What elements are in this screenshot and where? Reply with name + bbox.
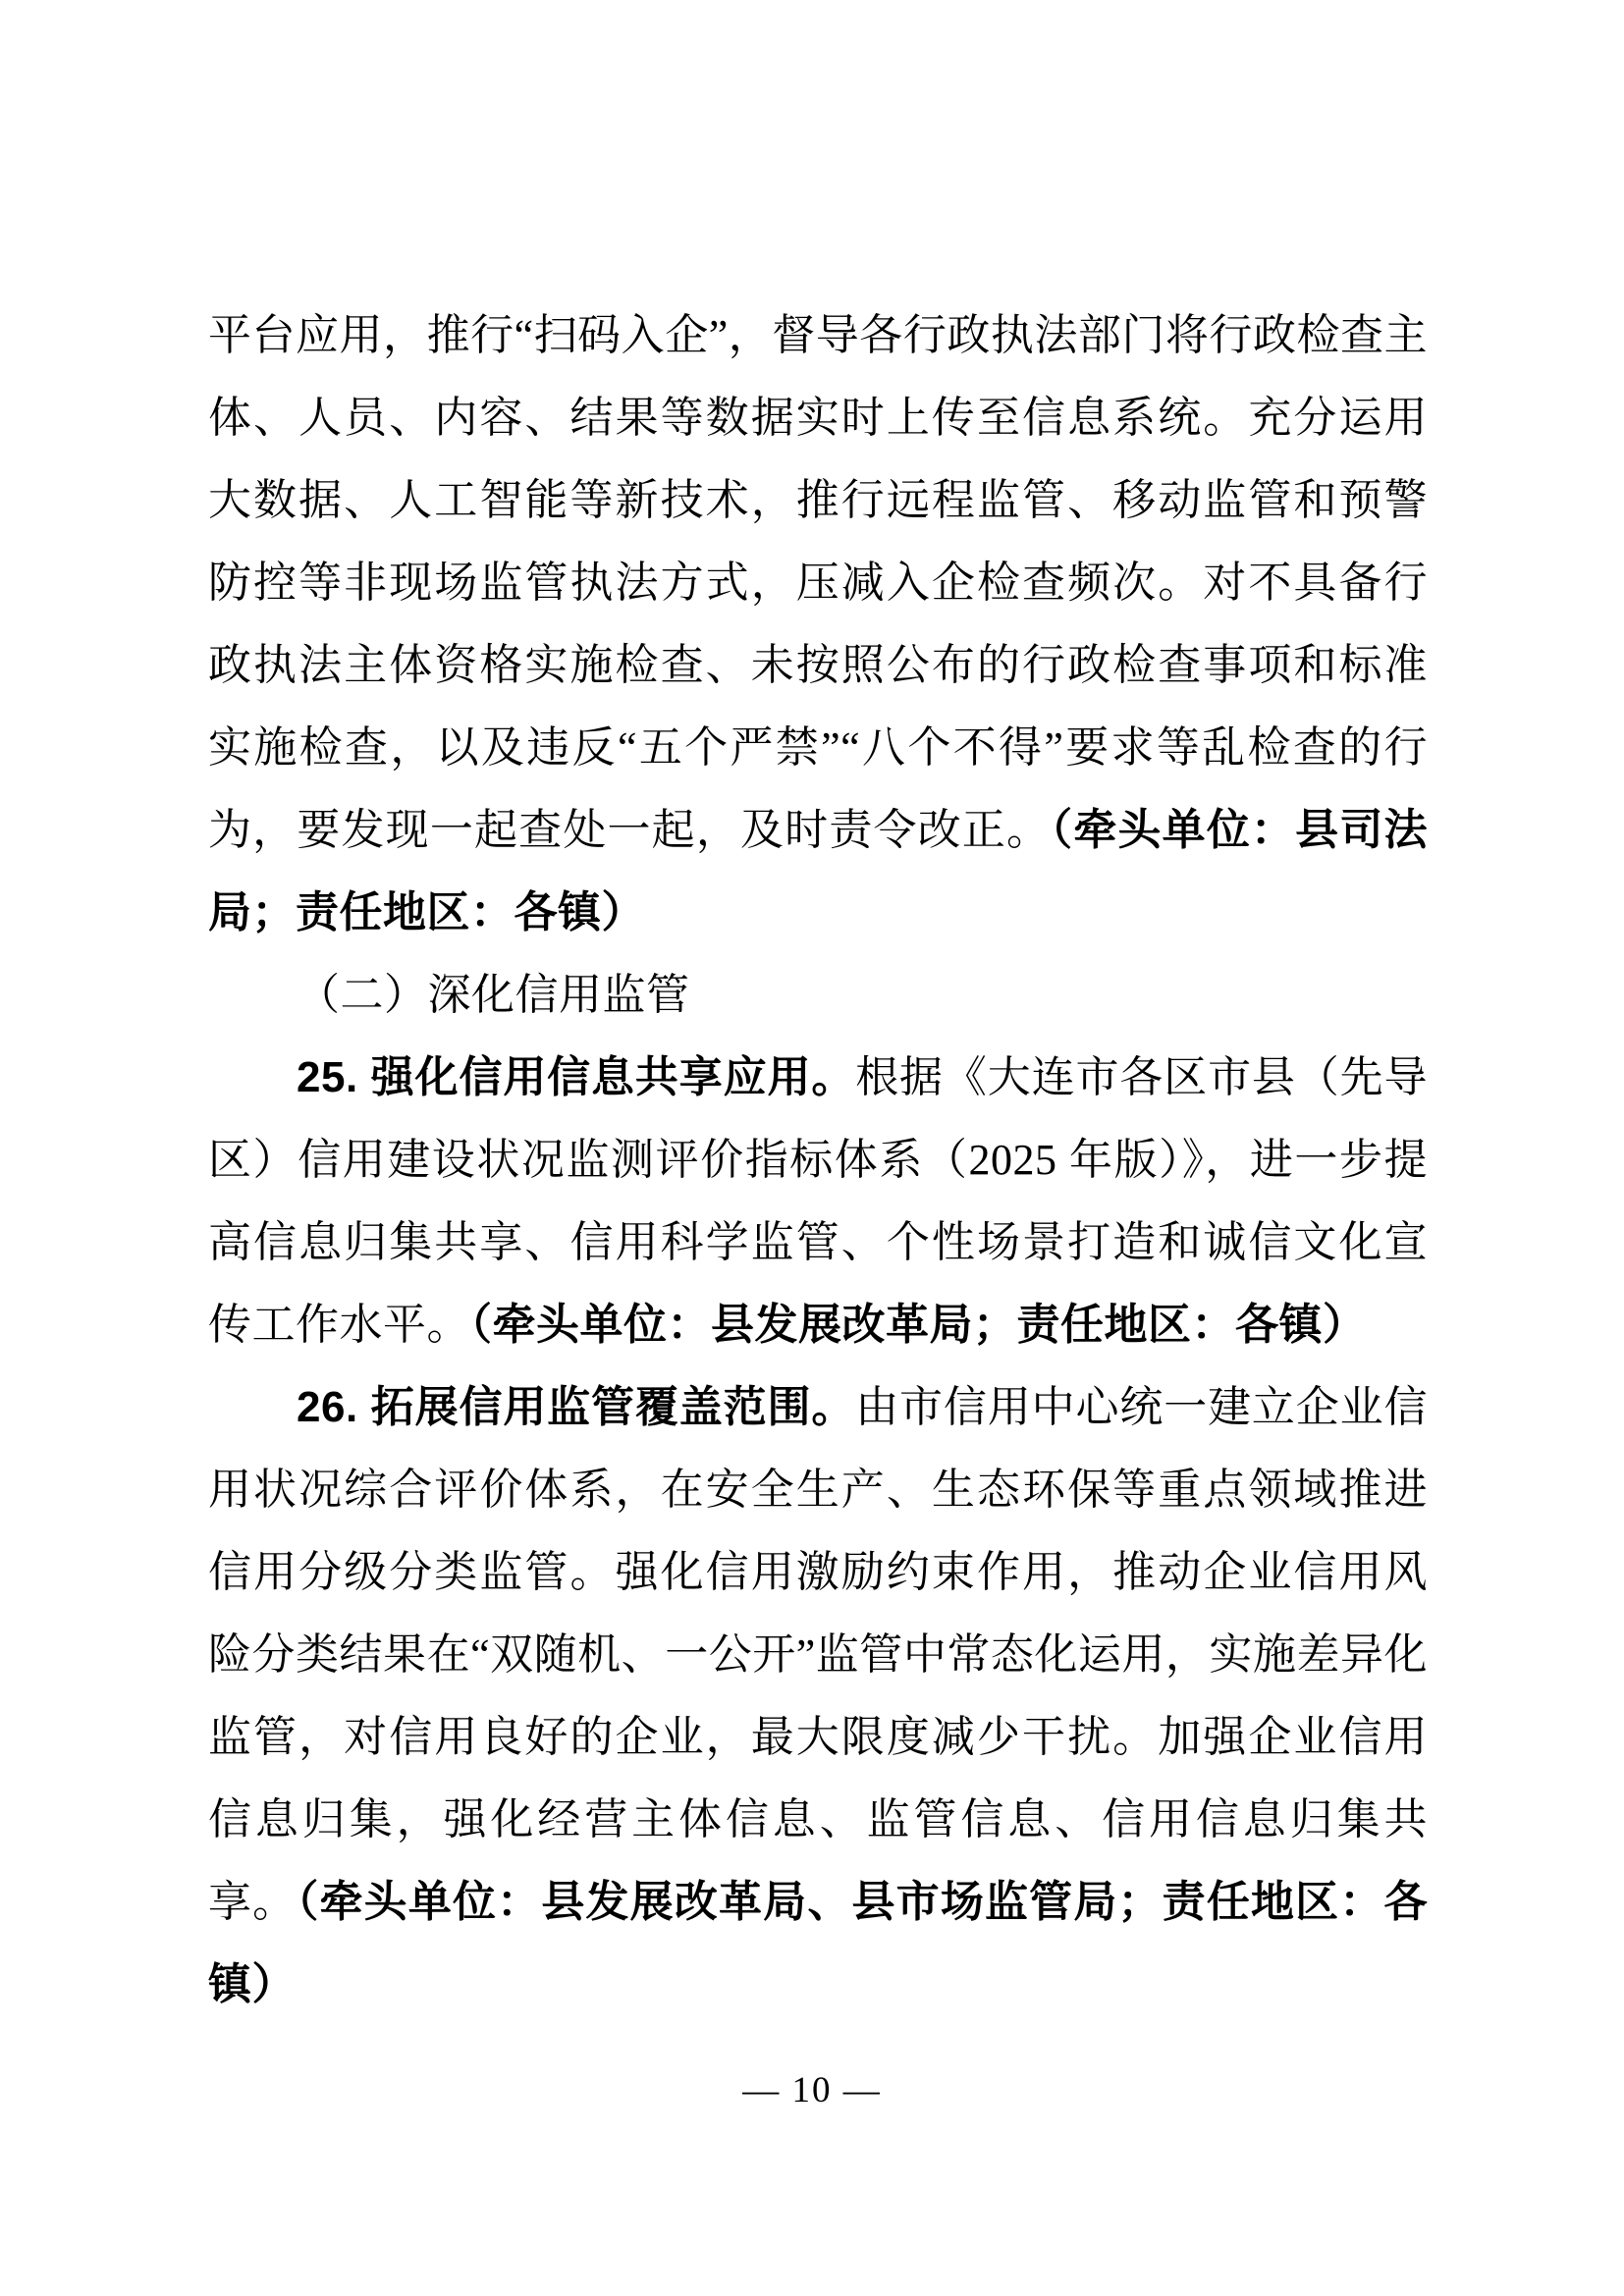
document-body: 平台应用，推行“扫码入企”，督导各行政执法部门将行政检查主体、人员、内容、结果等…: [208, 294, 1428, 2026]
text-run: 平台应用，推行“扫码入企”，督导各行政执法部门将行政检查主体、人员、内容、结果等…: [208, 311, 1428, 854]
paragraph: 25. 强化信用信息共享应用。根据《大连市各区市县（先导区）信用建设状况监测评价…: [208, 1037, 1428, 1366]
text-run-bold: 26. 拓展信用监管覆盖范围。: [297, 1383, 855, 1431]
paragraph: 26. 拓展信用监管覆盖范围。由市信用中心统一建立企业信用状况综合评价体系，在安…: [208, 1366, 1428, 2026]
text-run: 由市信用中心统一建立企业信用状况综合评价体系，在安全生产、生态环保等重点领域推进…: [208, 1383, 1428, 1926]
text-run-bold: （牵头单位：县发展改革局；责任地区：各镇）: [470, 1301, 1367, 1349]
section-heading: （二）深化信用监管: [208, 954, 1428, 1037]
document-page: 平台应用，推行“扫码入企”，督导各行政执法部门将行政检查主体、人员、内容、结果等…: [0, 0, 1624, 2296]
page-number: — 10 —: [742, 2070, 882, 2110]
text-run-bold: （牵头单位：县发展改革局、县市场监管局；责任地区：各镇）: [208, 1878, 1428, 2008]
page-footer: — 10 —: [0, 2069, 1624, 2111]
paragraph: 平台应用，推行“扫码入企”，督导各行政执法部门将行政检查主体、人员、内容、结果等…: [208, 294, 1428, 954]
text-run: （二）深化信用监管: [297, 971, 690, 1019]
text-run-bold: 25. 强化信用信息共享应用。: [297, 1053, 855, 1101]
